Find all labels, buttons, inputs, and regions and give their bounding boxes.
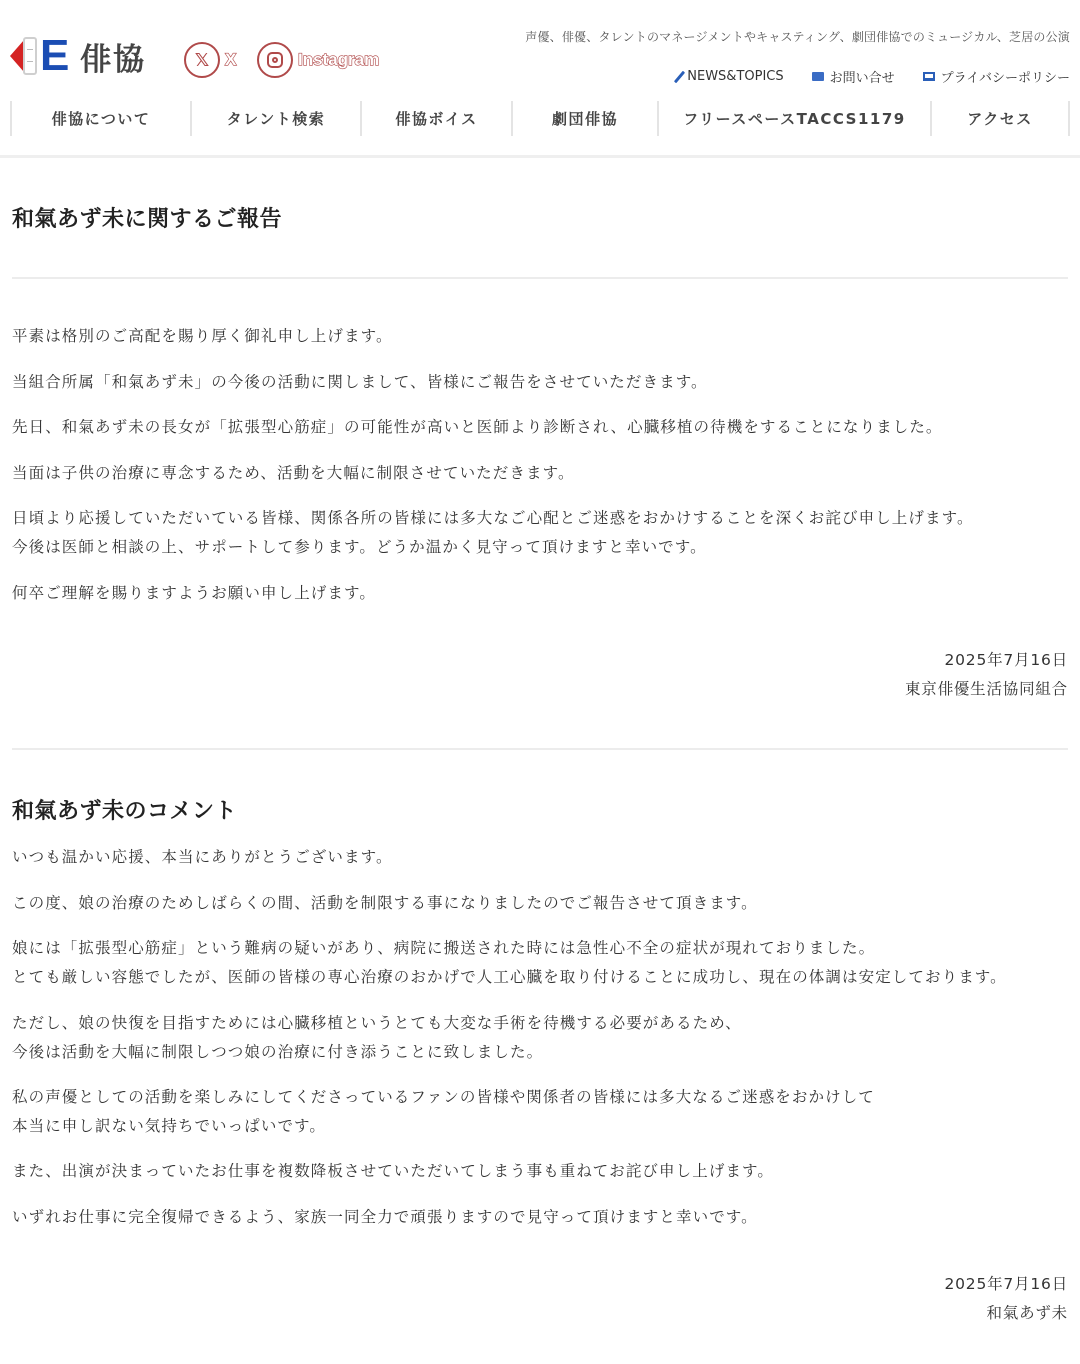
- nav-theater-company[interactable]: 劇団俳協: [511, 101, 657, 136]
- contact-link[interactable]: お問い合せ: [812, 67, 895, 86]
- news-topics-label: NEWS&TOPICS: [687, 69, 783, 84]
- comment-paragraph: この度、娘の治療のためしばらくの間、活動を制限する事になりましたのでご報告させて…: [12, 889, 758, 918]
- site-header: E 俳協 𝕏 X Instagram 声優、俳優、タレントのマネージメントやキャ…: [0, 0, 1080, 158]
- logo-box-icon: [23, 37, 37, 75]
- site-logo[interactable]: E 俳協: [10, 34, 160, 78]
- report-signature: 東京俳優生活協同組合: [905, 675, 1068, 704]
- report-title: 和氣あず未に関するご報告: [12, 202, 282, 233]
- comment-signature: 和氣あず未: [986, 1299, 1068, 1328]
- global-nav: 俳協について タレント検索 俳協ボイス 劇団俳協 フリースペースTACCS117…: [10, 101, 1070, 136]
- comment-paragraph: 娘には「拡張型心筋症」という難病の疑いがあり、病院に搬送された時には急性心不全の…: [12, 934, 1007, 992]
- privacy-policy-label: プライバシーポリシー: [941, 67, 1070, 86]
- report-paragraph: 先日、和氣あず未の長女が「拡張型心筋症」の可能性が高いと医師より診断され、心臓移…: [12, 413, 943, 442]
- report-date: 2025年7月16日: [944, 646, 1068, 675]
- comment-title: 和氣あず未のコメント: [12, 794, 237, 825]
- comment-paragraph: いつも温かい応援、本当にありがとうございます。: [12, 843, 393, 872]
- report-paragraph: 平素は格別のご高配を賜り厚く御礼申し上げます。: [12, 322, 393, 351]
- report-paragraph: 当組合所属「和氣あず未」の今後の活動に関しまして、皆様にご報告をさせていただきま…: [12, 368, 708, 397]
- nav-about[interactable]: 俳協について: [10, 101, 190, 136]
- laptop-icon: [923, 72, 935, 81]
- section-divider: [12, 277, 1068, 279]
- logo-arrow-icon: [10, 40, 24, 72]
- pencil-icon: [674, 70, 685, 83]
- comment-paragraph: いずれお仕事に完全復帰できるよう、家族一同全力で頑張りますので見守って頂けますと…: [12, 1203, 758, 1232]
- comment-date: 2025年7月16日: [944, 1270, 1068, 1299]
- report-paragraph: 何卒ご理解を賜りますようお願い申し上げます。: [12, 579, 376, 608]
- comment-paragraph: 私の声優としての活動を楽しみにしてくださっているファンの皆様や関係者の皆様には多…: [12, 1083, 875, 1141]
- news-topics-link[interactable]: NEWS&TOPICS: [678, 67, 783, 86]
- nav-haikyo-voice[interactable]: 俳協ボイス: [360, 101, 511, 136]
- mail-icon: [812, 72, 824, 81]
- instagram-label: Instagram: [298, 50, 379, 70]
- instagram-icon: [257, 42, 293, 78]
- privacy-policy-link[interactable]: プライバシーポリシー: [923, 67, 1070, 86]
- report-paragraph: 当面は子供の治療に専念するため、活動を大幅に制限させていただきます。: [12, 459, 575, 488]
- nav-free-space[interactable]: フリースペースTACCS1179: [657, 101, 930, 136]
- logo-text: 俳協: [80, 34, 146, 79]
- comment-paragraph: また、出演が決まっていたお仕事を複数降板させていただいてしまう事も重ねてお詫び申…: [12, 1157, 774, 1186]
- logo-letter: E: [40, 32, 69, 80]
- nav-access[interactable]: アクセス: [930, 101, 1070, 136]
- x-icon: 𝕏: [184, 42, 220, 78]
- x-link[interactable]: 𝕏 X: [184, 42, 236, 78]
- header-divider: [0, 155, 1080, 158]
- site-tagline: 声優、俳優、タレントのマネージメントやキャスティング、劇団俳協でのミュージカル、…: [525, 28, 1070, 45]
- logo-mark: E: [10, 35, 66, 77]
- comment-paragraph: ただし、娘の快復を目指すためには心臓移植というとても大変な手術を待機する必要があ…: [12, 1009, 742, 1067]
- x-label: X: [225, 50, 236, 70]
- nav-talent-search[interactable]: タレント検索: [190, 101, 360, 136]
- instagram-link[interactable]: Instagram: [257, 42, 379, 78]
- contact-label: お問い合せ: [830, 67, 895, 86]
- utility-links: NEWS&TOPICS お問い合せ プライバシーポリシー: [678, 67, 1070, 86]
- report-paragraph: 日頃より応援していただいている皆様、関係各所の皆様には多大なご心配とご迷惑をおか…: [12, 504, 974, 562]
- section-divider: [12, 748, 1068, 750]
